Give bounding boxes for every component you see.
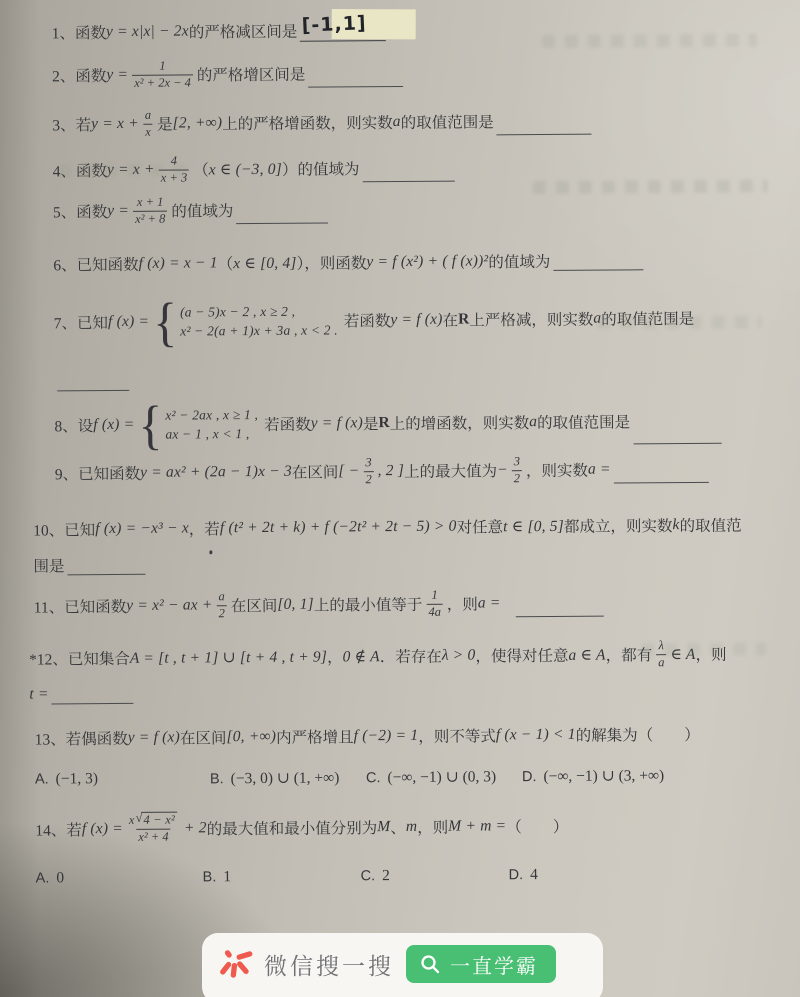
answer-blank — [52, 688, 134, 705]
math-expression: f (x) = — [93, 416, 134, 434]
answer-blank — [67, 559, 145, 576]
problem-line: t = — [29, 678, 727, 707]
problem-2: 2、函数 y =1x² + 2x − 4 的严格增区间是 — [52, 57, 407, 92]
problem-line: 5、函数 y =x + 1x² + 8 的值域为 — [53, 193, 332, 227]
choice-D: D.(−∞, −1) ∪ (3, +∞) — [522, 766, 664, 786]
answer-blank — [516, 601, 604, 618]
fraction-numerator: 3 — [363, 455, 373, 471]
fraction-numerator: x + 1 — [135, 195, 166, 211]
math-expression: [0, 1] — [277, 596, 314, 614]
problem-line: 11、已知函数 y = x² − ax +a2 在区间[0, 1] 上的最小值等… — [34, 587, 607, 623]
problem-line: 2、函数 y =1x² + 2x − 4 的严格增区间是 — [52, 57, 407, 92]
problem-12: *12、已知集合 A = [t , t + 1] ∪ [t + 4 , t + … — [29, 638, 727, 707]
choice-A: A.0 — [36, 870, 65, 888]
fraction-numerator: a — [216, 589, 226, 605]
question-text: 上的严格增函数，则实数 — [222, 111, 393, 134]
math-expression: a — [529, 413, 537, 431]
math-expression: y = x² − ax + — [126, 596, 213, 615]
choice-A: A.(−1, 3) — [35, 770, 98, 788]
question-text: 的值域为 — [171, 199, 233, 221]
piecewise-cases: {(a − 5)x − 2 , x ≥ 2 ,x² − 2(a + 1)x + … — [153, 295, 338, 346]
math-expression: y = x + — [91, 115, 139, 133]
math-expression: f (x) = — [82, 820, 123, 838]
choice-label: C. — [366, 770, 381, 786]
problem-line: 10、已知 f (x) = −x³ − x，若 f (t² + 2t + k) … — [33, 513, 742, 542]
math-expression: y = — [107, 202, 129, 220]
answer-blank — [614, 467, 709, 484]
answer-blank — [236, 208, 328, 225]
choice-text: (−3, 0) ∪ (1, +∞) — [231, 768, 340, 788]
math-expression: − — [497, 461, 508, 479]
math-fraction: x + 1x² + 8 — [133, 195, 167, 227]
question-text: 上严格减，则实数 — [469, 308, 593, 331]
math-expression: y = — [106, 66, 128, 84]
math-expression: M + m = — [448, 817, 506, 835]
choice-C: C.(−∞, −1) ∪ (0, 3) — [366, 767, 496, 787]
math-expression: a = — [588, 461, 611, 479]
math-fraction: 14a — [426, 588, 443, 620]
problem-14: 14、若 f (x) =x√4 − x²x² + 4+ 2 的最大值和最小值分别… — [35, 809, 569, 896]
math-expression: m — [406, 818, 418, 836]
fraction-numerator: 1 — [429, 588, 439, 604]
math-expression: y = f (x) — [311, 414, 363, 432]
fraction-numerator: a — [143, 108, 153, 124]
choice-label: A. — [35, 771, 49, 787]
fraction-denominator: x — [143, 123, 153, 140]
wechat-search-logo-icon — [218, 946, 254, 982]
question-text: 的最大值和最小值分别为 — [207, 816, 378, 839]
fraction-denominator: x² + 8 — [133, 210, 167, 227]
math-expression: y = x|x| − 2x — [106, 22, 189, 41]
question-text: 在区间 — [292, 461, 339, 483]
question-list: 1、函数 y = x|x| − 2x 的严格减区间是[-1,1] 2、函数 y … — [0, 0, 800, 997]
choice-text: 4 — [530, 866, 538, 884]
question-text: 上的最小值等于 — [314, 593, 423, 616]
question-text: 围是 — [33, 554, 64, 576]
math-fraction: ax — [143, 108, 153, 140]
question-text: ）的值域为 — [282, 157, 360, 180]
question-text: （ — [193, 158, 209, 180]
question-text: ，则 — [447, 593, 478, 615]
question-text: ，则不等式 — [418, 724, 496, 747]
piecewise-cases: {x² − 2ax , x ≥ 1 ,ax − 1 , x < 1 , — [138, 399, 258, 450]
math-expression: y = f (x) — [390, 311, 442, 329]
math-expression: [ − — [338, 462, 359, 480]
question-text: （ — [218, 252, 234, 274]
question-text: 在 — [443, 309, 459, 331]
fraction-denominator: 2 — [363, 471, 373, 488]
problem-line — [54, 365, 695, 393]
problem-line: 1、函数 y = x|x| − 2x 的严格减区间是[-1,1] — [52, 18, 388, 44]
question-text: 内严格增且 — [276, 725, 354, 748]
question-text: ，若 — [189, 517, 220, 539]
question-text: 的严格增区间是 — [197, 63, 306, 86]
problem-11: 11、已知函数 y = x² − ax +a2 在区间[0, 1] 上的最小值等… — [34, 587, 607, 623]
answer-blank — [497, 119, 592, 136]
choice-text: (−∞, −1) ∪ (3, +∞) — [543, 766, 664, 786]
cases-row: x² − 2(a + 1)x + 3a , x < 2 . — [180, 322, 338, 339]
bleed-through-mark — [533, 179, 768, 194]
problem-7: 7、已知 f (x) ={(a − 5)x − 2 , x ≥ 2 ,x² − … — [54, 293, 695, 393]
problem-line: 14、若 f (x) =x√4 − x²x² + 4+ 2 的最大值和最小值分别… — [35, 809, 568, 846]
cases-brace: { — [153, 295, 177, 349]
choice-D: D.4 — [509, 866, 538, 884]
math-fraction: 1x² + 2x − 4 — [132, 58, 193, 91]
question-text: 是 — [157, 113, 173, 135]
problem-line: *12、已知集合 A = [t , t + 1] ∪ [t + 4 , t + … — [29, 638, 727, 675]
problem-8: 8、设 f (x) ={x² − 2ax , x ≥ 1 ,ax − 1 , x… — [54, 396, 724, 451]
math-expression: [2, +∞) — [173, 114, 223, 132]
problem-9: 9、已知函数 y = ax² + (2a − 1)x − 3 在区间[ −32,… — [55, 453, 712, 490]
cases-row: x² − 2ax , x ≥ 1 , — [165, 406, 258, 423]
question-text: 是 — [363, 412, 379, 434]
question-text: 在区间 — [231, 594, 278, 616]
problem-line: 9、已知函数 y = ax² + (2a − 1)x − 3 在区间[ −32,… — [55, 453, 712, 490]
choice-C: C.2 — [361, 867, 390, 885]
problem-line: 13、若偶函数 y = f (x) 在区间[0, +∞) 内严格增且 f (−2… — [35, 722, 700, 751]
problem-line: 8、设 f (x) ={x² − 2ax , x ≥ 1 ,ax − 1 , x… — [54, 396, 724, 451]
math-expression: t = — [29, 686, 48, 704]
question-text: 6、已知函数 — [53, 253, 138, 276]
question-text: 7、已知 — [54, 311, 108, 333]
problem-line: 围是 — [33, 549, 742, 578]
question-text: 上的最大值为 — [404, 459, 497, 482]
answer-blank — [308, 71, 403, 88]
problem-line: 3、若 y = x +ax 是[2, +∞) 上的严格增函数，则实数 a 的取值… — [52, 105, 595, 141]
fraction-denominator: 2 — [217, 605, 227, 622]
problem-5: 5、函数 y =x + 1x² + 8 的值域为 — [53, 193, 332, 227]
question-text: ，则实数 — [526, 459, 588, 481]
stray-pen-dot — [209, 550, 212, 554]
bleed-through-mark — [597, 315, 762, 329]
problem-line: 6、已知函数 f (x) = x − 1（x ∈ [0, 4]），则函数 y =… — [53, 248, 646, 276]
answer-blank — [633, 428, 721, 445]
question-text: 的取值范围是 — [537, 410, 630, 433]
question-text: 的解集为（ ） — [576, 723, 700, 746]
choice-text: (−∞, −1) ∪ (0, 3) — [387, 767, 496, 787]
question-text: 14、若 — [35, 818, 82, 840]
cases-brace: { — [138, 398, 162, 452]
question-text: 1、函数 — [52, 21, 106, 43]
math-expression: x ∈ [0, 4] — [233, 253, 297, 272]
question-text: 、 — [390, 816, 406, 838]
math-fraction: x√4 − x²x² + 4 — [127, 812, 180, 846]
math-expression: x ∈ (−3, 0] — [209, 159, 282, 179]
fraction-denominator: x² + 4 — [136, 828, 170, 845]
problem-10: 10、已知 f (x) = −x³ − x，若 f (t² + 2t + k) … — [33, 513, 742, 578]
choice-B: B.(−3, 0) ∪ (1, +∞) — [210, 768, 340, 788]
bleed-through-mark — [58, 163, 188, 177]
question-text: 3、若 — [52, 113, 91, 135]
choice-label: B. — [210, 771, 224, 787]
fraction-numerator: 3 — [512, 454, 522, 470]
cases-row: ax − 1 , x < 1 , — [165, 425, 258, 442]
question-text: 对任意 — [457, 515, 504, 537]
fraction-denominator: 2 — [512, 470, 522, 487]
math-expression: y = f (x) — [128, 729, 180, 747]
question-text: 9、已知函数 — [55, 462, 140, 485]
question-text: 上的增函数，则实数 — [390, 411, 530, 434]
math-expression: [0, +∞) — [226, 728, 276, 746]
math-expression: f (x − 1) < 1 — [496, 726, 576, 745]
question-text: 的值域为 — [488, 250, 550, 272]
search-icon — [420, 954, 441, 975]
question-text: ．若存在 — [380, 645, 442, 667]
cases-rows: x² − 2ax , x ≥ 1 ,ax − 1 , x < 1 , — [165, 406, 258, 442]
math-expression: y = f (x²) + ( f (x))² — [366, 252, 488, 271]
math-expression: x — [129, 812, 135, 828]
banner-brand-label: 微信搜一搜 — [264, 948, 394, 981]
math-expression: a = — [478, 594, 501, 612]
wechat-search-banner: 微信搜一搜 一直学霸 — [202, 933, 603, 997]
math-expression: f (t² + 2t + k) + f (−2t² + 2t − 5) > 0 — [220, 518, 457, 538]
math-expression: 0 ∉ A — [343, 647, 380, 666]
choice-label: D. — [522, 769, 537, 785]
fraction-denominator: x² + 2x − 4 — [132, 74, 193, 91]
choice-row: A.0B.1C.2D.4 — [36, 866, 569, 896]
fraction-denominator: 4a — [426, 603, 443, 620]
question-text: 2、函数 — [52, 64, 106, 86]
math-expression: a — [393, 113, 401, 131]
problem-3: 3、若 y = x +ax 是[2, +∞) 上的严格增函数，则实数 a 的取值… — [52, 105, 595, 141]
bleed-through-mark — [641, 642, 766, 656]
problem-13: 13、若偶函数 y = f (x) 在区间[0, +∞) 内严格增且 f (−2… — [35, 722, 701, 797]
question-text: 的取值范 — [679, 514, 741, 536]
choice-row: A.(−1, 3)B.(−3, 0) ∪ (1, +∞)C.(−∞, −1) ∪… — [35, 766, 700, 797]
question-text: 10、已知 — [33, 518, 95, 540]
fraction-numerator: x√4 − x² — [127, 812, 180, 829]
math-expression: M — [377, 818, 390, 836]
question-text: ），则函数 — [297, 251, 367, 273]
math-expression: A = [t , t + 1] ∪ [t + 4 , t + 9] — [130, 647, 327, 667]
math-fraction: 32 — [363, 455, 373, 487]
problem-1: 1、函数 y = x|x| − 2x 的严格减区间是[-1,1] — [52, 18, 388, 44]
choice-text: 2 — [382, 867, 390, 885]
radicand: 4 − x² — [141, 812, 177, 829]
answer-blank — [553, 254, 643, 271]
question-text: ，使得对任意 — [475, 644, 568, 667]
answer-blank — [57, 375, 129, 392]
question-text: 的严格减区间是 — [189, 20, 298, 43]
choice-label: D. — [509, 867, 524, 883]
handwritten-answer: [-1,1] — [301, 12, 367, 37]
question-text: （ ） — [506, 814, 568, 836]
choice-text: 0 — [56, 870, 64, 888]
math-expression: y = ax² + (2a − 1)x − 3 — [140, 463, 292, 482]
math-expression: f (x) = x − 1 — [139, 254, 218, 273]
question-text: ， — [327, 646, 343, 668]
handwritten-answer-zone: [-1,1] — [299, 20, 385, 42]
cases-row: (a − 5)x − 2 , x ≥ 2 , — [180, 303, 338, 320]
math-bold-set-symbol: R — [458, 311, 469, 329]
math-expression: + 2 — [184, 819, 207, 837]
question-text: 8、设 — [54, 414, 93, 436]
math-expression: t ∈ [0, 5] — [503, 516, 564, 535]
math-expression: f (−2) = 1 — [354, 727, 419, 745]
bleed-through-mark — [542, 33, 757, 48]
choice-label: B. — [203, 870, 217, 886]
math-expression: a ∈ A — [568, 645, 605, 664]
choice-label: C. — [361, 868, 376, 884]
question-text: *12、已知集合 — [29, 647, 130, 670]
fraction-denominator: a — [656, 654, 666, 671]
question-text: 5、函数 — [53, 200, 107, 222]
question-text: 的取值范围是 — [401, 110, 494, 133]
math-fraction: 32 — [512, 454, 522, 486]
choice-text: 1 — [223, 868, 231, 886]
problem-6: 6、已知函数 f (x) = x − 1（x ∈ [0, 4]），则函数 y =… — [53, 248, 646, 276]
math-expression: , 2 ] — [378, 462, 405, 480]
question-text: 若函数 — [344, 309, 391, 331]
fraction-numerator: 1 — [157, 59, 167, 75]
math-expression: λ > 0 — [442, 647, 476, 665]
math-radical: √4 − x² — [136, 812, 177, 829]
question-text: 13、若偶函数 — [35, 727, 128, 750]
search-query-text: 一直学霸 — [450, 950, 538, 979]
question-text: 11、已知函数 — [34, 595, 127, 618]
choice-text: (−1, 3) — [56, 770, 98, 788]
math-bold-set-symbol: R — [378, 414, 389, 432]
question-text: 在区间 — [180, 726, 227, 748]
question-text: 都成立，则实数 — [564, 514, 673, 537]
math-fraction: a2 — [216, 589, 226, 621]
search-pill[interactable]: 一直学霸 — [406, 945, 556, 983]
question-text: 若函数 — [264, 413, 311, 435]
worksheet-photo: 1、函数 y = x|x| − 2x 的严格减区间是[-1,1] 2、函数 y … — [0, 0, 800, 997]
answer-blank — [362, 166, 454, 183]
cases-rows: (a − 5)x − 2 , x ≥ 2 ,x² − 2(a + 1)x + 3… — [180, 303, 338, 339]
math-expression: f (x) = — [108, 313, 149, 331]
choice-B: B.1 — [203, 868, 232, 886]
math-expression: f (x) = −x³ − x — [95, 519, 189, 538]
question-text: ，则 — [417, 815, 448, 837]
choice-label: A. — [36, 871, 50, 887]
